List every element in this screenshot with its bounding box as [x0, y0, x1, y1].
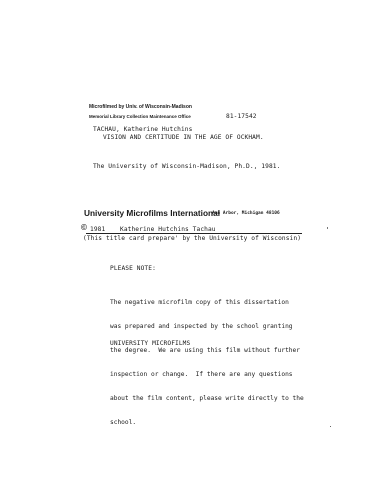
notice-line: was prepared and inspected by the school…: [110, 323, 304, 331]
copyright-holder: Katherine Hutchins Tachau: [120, 226, 216, 233]
order-number: 81-17542: [226, 113, 257, 120]
microfilmed-by-line: Microfilmed by Univ. of Wisconsin-Madiso…: [89, 104, 192, 110]
title-card-note: (This title card prepare' by the Univers…: [83, 235, 301, 242]
notice-body: The negative microfilm copy of this diss…: [110, 283, 304, 443]
speck: [330, 426, 331, 427]
copyright-year: 1981: [90, 226, 105, 233]
notice-line: the degree. We are using this film witho…: [110, 347, 304, 355]
copyright-symbol: ©: [81, 223, 87, 232]
publisher-address: Ann Arbor, Michigan 48106: [212, 211, 280, 216]
notice-line: inspection or change. If there are any q…: [110, 371, 304, 379]
institution-degree: The University of Wisconsin-Madison, Ph.…: [93, 163, 280, 170]
notice-signature: UNIVERSITY MICROFILMS: [110, 340, 190, 347]
notice-line: The negative microfilm copy of this diss…: [110, 299, 304, 307]
notice-line: about the film content, please write dir…: [110, 395, 304, 403]
notice-line: school.: [110, 419, 304, 427]
copyright-rule: [86, 233, 302, 234]
notice-heading: PLEASE NOTE:: [110, 265, 156, 272]
publisher-name: University Microfilms International: [84, 208, 220, 218]
library-line: Memorial Library Collection Maintenance …: [89, 114, 191, 119]
speck: [327, 227, 328, 229]
author: TACHAU, Katherine Hutchins: [93, 126, 192, 133]
dissertation-title: VISION AND CERTITUDE IN THE AGE OF OCKHA…: [103, 134, 264, 141]
